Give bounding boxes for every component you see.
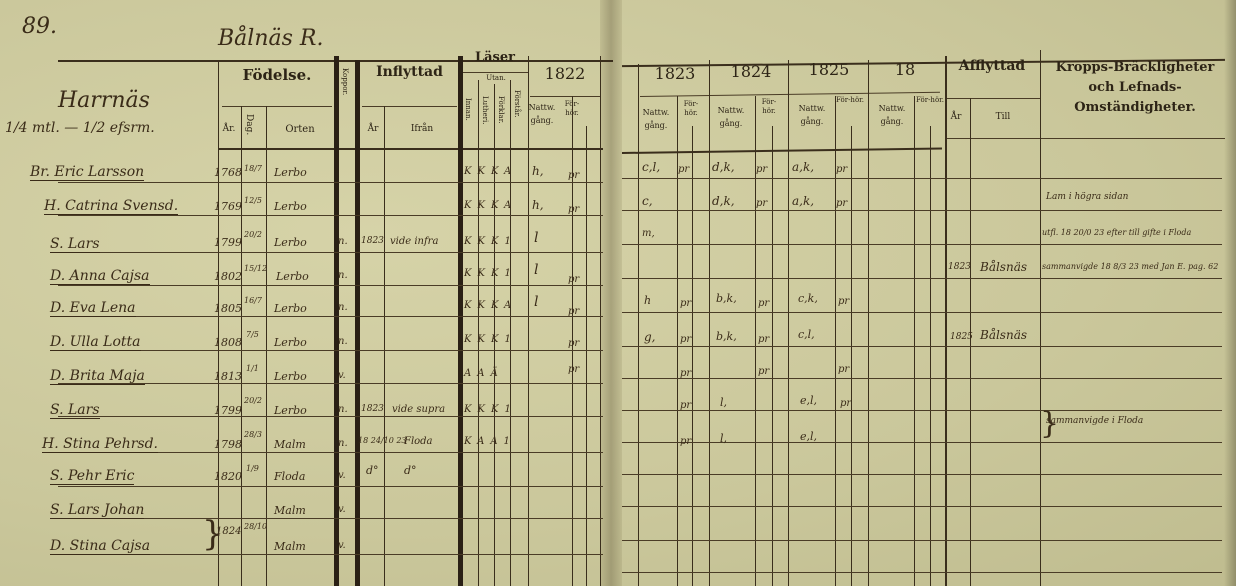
header-afflyttad-till: Till [968, 112, 1038, 122]
communion-1825: a,k, [792, 194, 814, 208]
reading-marks: KKKA [464, 200, 517, 211]
exam-1824: pr [758, 334, 769, 345]
col-line [266, 106, 267, 586]
birth-year: 1820 [214, 470, 242, 483]
row-rule [622, 312, 1222, 313]
afflyttad-subrule [946, 98, 1040, 99]
birth-place: Lerbo [274, 370, 307, 383]
communion-1823: g, [644, 330, 656, 344]
birth-day: 15/12 [244, 264, 267, 273]
header-nattw-1823: Nattw. gång. [638, 106, 674, 132]
header-fodelse: Födelse. [222, 66, 332, 84]
row-rule [58, 416, 603, 417]
header-notes: Kropps-Bräckligheter och Lefnads-Omständ… [1050, 58, 1220, 118]
birth-year: 1769 [214, 200, 242, 213]
header-fodelse-orten: Orten [268, 124, 332, 135]
person-name: D. Eva Lena [50, 300, 136, 317]
communion-1823: m, [642, 228, 655, 239]
moved-in-from: d° [404, 464, 417, 477]
header-year-blank: 18 [870, 60, 940, 79]
birth-place: Malm [274, 504, 306, 517]
header-forhor-blank: För-hör. [916, 96, 944, 105]
person-name: H. Catrina Svensd. [44, 198, 178, 215]
notes-header-rule [945, 138, 1225, 139]
moved-in-year: 1823 [361, 404, 384, 414]
communion-1825: c,l, [798, 328, 815, 341]
exam-1823: pr [680, 400, 691, 411]
moved-out-year: 1825 [950, 332, 973, 342]
row-rule [622, 378, 1222, 379]
person-name: S. Lars Johan [50, 502, 144, 519]
communion-1825: a,k, [792, 160, 814, 174]
row-rule [58, 285, 603, 286]
birth-day: 18/7 [244, 164, 262, 173]
row-rule [622, 210, 1222, 211]
birth-year: 1799 [214, 236, 242, 249]
vaccination: n. [338, 404, 348, 415]
exam-1825: pr [840, 398, 851, 409]
birth-place: Lerbo [274, 166, 307, 179]
header-year-1822: 1822 [530, 64, 600, 83]
vaccination: v. [338, 504, 346, 515]
reading-marks: KKK1 [464, 236, 517, 247]
y1822-subrule [530, 96, 600, 97]
row-rule [622, 572, 1222, 573]
reading-marks: KKK1 [464, 404, 517, 415]
exam-1822: pr [568, 338, 579, 349]
communion-1822: h, [532, 164, 544, 178]
birth-day: 20/2 [244, 396, 262, 405]
page-edge [1224, 0, 1236, 586]
header-forhor-1825: För-hör. [836, 96, 864, 105]
farm-size: 1/4 mtl. — 1/2 efsrm. [5, 120, 155, 136]
row-rule [622, 474, 1222, 475]
vaccination: n. [338, 302, 348, 313]
moved-in-from: Floda [404, 436, 433, 447]
communion-1823: h [644, 294, 651, 307]
person-name: S. Lars [50, 236, 100, 253]
birth-year: 1808 [214, 336, 242, 349]
birth-place: Lerbo [274, 236, 307, 249]
birth-day: 28/10 [244, 522, 267, 531]
ledger-page: 89. Bålnäs R. Harrnäs 1/4 mtl. — 1/2 efs… [0, 0, 1236, 586]
communion-1824: b,k, [716, 330, 737, 343]
birth-year: 1799 [214, 404, 242, 417]
vaccination: n. [338, 438, 348, 449]
book-gutter [600, 0, 622, 586]
birth-day: 12/5 [244, 196, 262, 205]
row-rule [58, 252, 603, 253]
header-kopper: Koppor. [341, 68, 349, 95]
col-line [478, 80, 479, 586]
communion-1825: e,l, [800, 394, 817, 407]
row-rule [622, 506, 1222, 507]
communion-1824: d,k, [712, 194, 735, 208]
col-line [970, 98, 971, 586]
communion-1824: d,k, [712, 160, 735, 174]
col-line [788, 60, 789, 586]
birth-year: 1798 [214, 438, 242, 451]
col-line [638, 64, 639, 586]
communion-1823: c,l, [642, 160, 660, 174]
header-laser-lutheri: Lutheri. [481, 96, 489, 124]
col-line [914, 96, 915, 586]
col-line [930, 126, 931, 586]
exam-1823: pr [680, 298, 691, 309]
reading-marks: KKKA [464, 166, 517, 177]
moved-in-from: vide supra [392, 404, 445, 415]
birth-place: Lerbo [274, 200, 307, 213]
communion-1822: l [534, 294, 538, 310]
header-inflyttad-ar: År [362, 124, 384, 134]
birth-place: Lerbo [274, 404, 307, 417]
exam-1824: pr [758, 298, 769, 309]
header-year-1824: 1824 [712, 62, 790, 81]
person-name: D. Anna Cajsa [50, 268, 150, 285]
parish-title: Bålnäs R. [218, 26, 323, 51]
header-year-1825: 1825 [790, 60, 868, 79]
exam-1825: pr [836, 198, 847, 209]
header-laser-forstar: Förstår. [513, 90, 521, 117]
exam-1824: pr [756, 164, 767, 175]
birth-year: 1768 [214, 166, 242, 179]
row-rule [58, 316, 603, 317]
page-number: 89. [22, 14, 57, 39]
birth-place: Malm [274, 540, 306, 553]
row-rule [622, 346, 1222, 347]
col-line [709, 60, 710, 586]
communion-1823: c, [642, 194, 653, 208]
communion-1822: h, [532, 198, 544, 212]
exam-1823: pr [680, 334, 691, 345]
header-year-1823: 1823 [640, 64, 710, 83]
col-line [772, 126, 773, 586]
note: utfl. 18 20/0 23 efter till gifte i Flod… [1042, 228, 1191, 237]
row-rule [622, 178, 1222, 179]
row-rule [622, 278, 1222, 279]
exam-1822: pr [568, 364, 579, 375]
birth-place: Malm [274, 438, 306, 451]
header-laser-forklar: Förklar. [497, 96, 505, 124]
exam-1823: pr [680, 436, 691, 447]
exam-1822: pr [568, 170, 579, 181]
col-line [510, 80, 511, 586]
note: sammanvigde i Floda [1046, 416, 1143, 426]
moved-in-year: 18 24/10 23 [358, 436, 407, 445]
birth-year: 1805 [214, 302, 242, 315]
person-name: H. Stina Pehrsd. [42, 436, 158, 453]
birth-year: 1813 [214, 370, 242, 383]
header-fodelse-dag: Dag. [244, 114, 254, 135]
row-rule [622, 442, 1222, 443]
header-forhor-1824: För-hör. [756, 98, 782, 116]
moved-in-year: d° [366, 464, 379, 477]
birth-day: 1/1 [246, 364, 259, 373]
exam-1822: pr [568, 306, 579, 317]
col-line [384, 106, 385, 586]
moved-in-year: 1823 [361, 236, 384, 246]
vaccination: n. [338, 236, 348, 247]
moved-out-to: Bålsnäs [980, 260, 1027, 274]
reading-marks: KKK1 [464, 334, 517, 345]
vaccination: v. [338, 470, 346, 481]
exam-1822: pr [568, 274, 579, 285]
birth-day: 16/7 [244, 296, 262, 305]
col-line [868, 60, 869, 586]
person-name: S. Lars [50, 402, 100, 419]
col-line [528, 56, 529, 586]
vaccination: n. [338, 270, 348, 281]
vaccination: n. [338, 336, 348, 347]
person-name: S. Pehr Eric [50, 468, 134, 485]
header-fodelse-ar: År. [219, 124, 239, 134]
row-rule [58, 182, 603, 183]
header-bottom-rule-right [622, 148, 942, 154]
exam-1825: pr [838, 364, 849, 375]
birth-place: Lerbo [276, 270, 309, 283]
communion-1825: c,k, [798, 292, 818, 305]
reading-marks: KKKA [464, 300, 517, 311]
header-nattw-1822: Nattw. gång. [527, 101, 557, 127]
person-name: Br. Eric Larsson [30, 164, 144, 181]
row-rule [622, 540, 1222, 541]
col-line [586, 126, 587, 586]
communion-1824: l, [720, 396, 727, 409]
header-nattw-1824: Nattw. gång. [710, 104, 752, 130]
person-name: D. Ulla Lotta [50, 334, 141, 351]
farm-name: Harrnäs [58, 88, 150, 113]
exam-1823: pr [678, 164, 689, 175]
person-name: D. Brita Maja [50, 368, 145, 385]
moved-out-to: Bålsnäs [980, 328, 1027, 342]
header-forhor-1823: För-hör. [678, 100, 704, 118]
exam-1825: pr [838, 296, 849, 307]
fodelse-subrule [222, 106, 332, 107]
header-inflyttad: Inflyttad [362, 64, 457, 80]
header-inflyttad-ifran: Ifrån [386, 124, 458, 134]
header-nattw-1825: Nattw. gång. [790, 102, 834, 128]
row-rule [58, 215, 603, 216]
header-nattw-blank: Nattw. gång. [870, 102, 914, 128]
row-rule [622, 244, 1222, 245]
exam-1824: pr [756, 198, 767, 209]
col-line-thick [355, 60, 360, 586]
reading-marks: KKK1 [464, 268, 517, 279]
exam-1822: pr [568, 204, 579, 215]
communion-1824: b,k, [716, 292, 737, 305]
header-bottom-rule [218, 148, 603, 150]
reading-marks: KAA1 [464, 436, 516, 447]
birth-day: 28/3 [244, 430, 262, 439]
col-line [600, 56, 601, 586]
vaccination: v. [338, 370, 346, 381]
birth-place: Lerbo [274, 336, 307, 349]
header-laser-innan: Innan. [464, 98, 472, 121]
birth-year: 1824 [216, 526, 241, 537]
header-laser: Läser [462, 50, 528, 65]
birth-day: 20/2 [244, 230, 262, 239]
moved-in-from: vide infra [390, 236, 438, 247]
vaccination: v. [338, 540, 346, 551]
note: sammanvigde 18 8/3 23 med Jan E. pag. 62 [1042, 262, 1218, 271]
birth-place: Lerbo [274, 302, 307, 315]
exam-1825: pr [836, 164, 847, 175]
birth-day: 7/5 [246, 330, 259, 339]
moved-out-year: 1823 [948, 262, 971, 272]
col-line [851, 126, 852, 586]
note: Lam i högra sidan [1046, 192, 1128, 202]
inflyttad-subrule [362, 106, 457, 107]
communion-1825: e,l, [800, 430, 817, 443]
col-line-thick [458, 56, 463, 586]
header-laser-utan: Utan. [478, 74, 514, 82]
col-line [218, 60, 219, 586]
row-rule [58, 486, 603, 487]
person-name: D. Stina Cajsa [50, 538, 150, 555]
header-afflyttad-ar: År [946, 112, 966, 122]
years-subrule [640, 92, 940, 97]
row-rule [622, 410, 1222, 411]
communion-1822: l [534, 262, 538, 278]
brace-icon: } [1040, 406, 1059, 441]
reading-marks: AAÄ [464, 368, 504, 379]
communion-1824: l, [720, 432, 727, 445]
communion-1822: l [534, 230, 538, 246]
laser-subrule [462, 72, 528, 73]
header-afflyttad: Afflyttad [946, 58, 1038, 74]
exam-1823: pr [680, 368, 691, 379]
birth-day: 1/9 [246, 464, 259, 473]
birth-place: Floda [274, 470, 305, 483]
birth-year: 1802 [214, 270, 242, 283]
exam-1824: pr [758, 366, 769, 377]
col-line [692, 126, 693, 586]
